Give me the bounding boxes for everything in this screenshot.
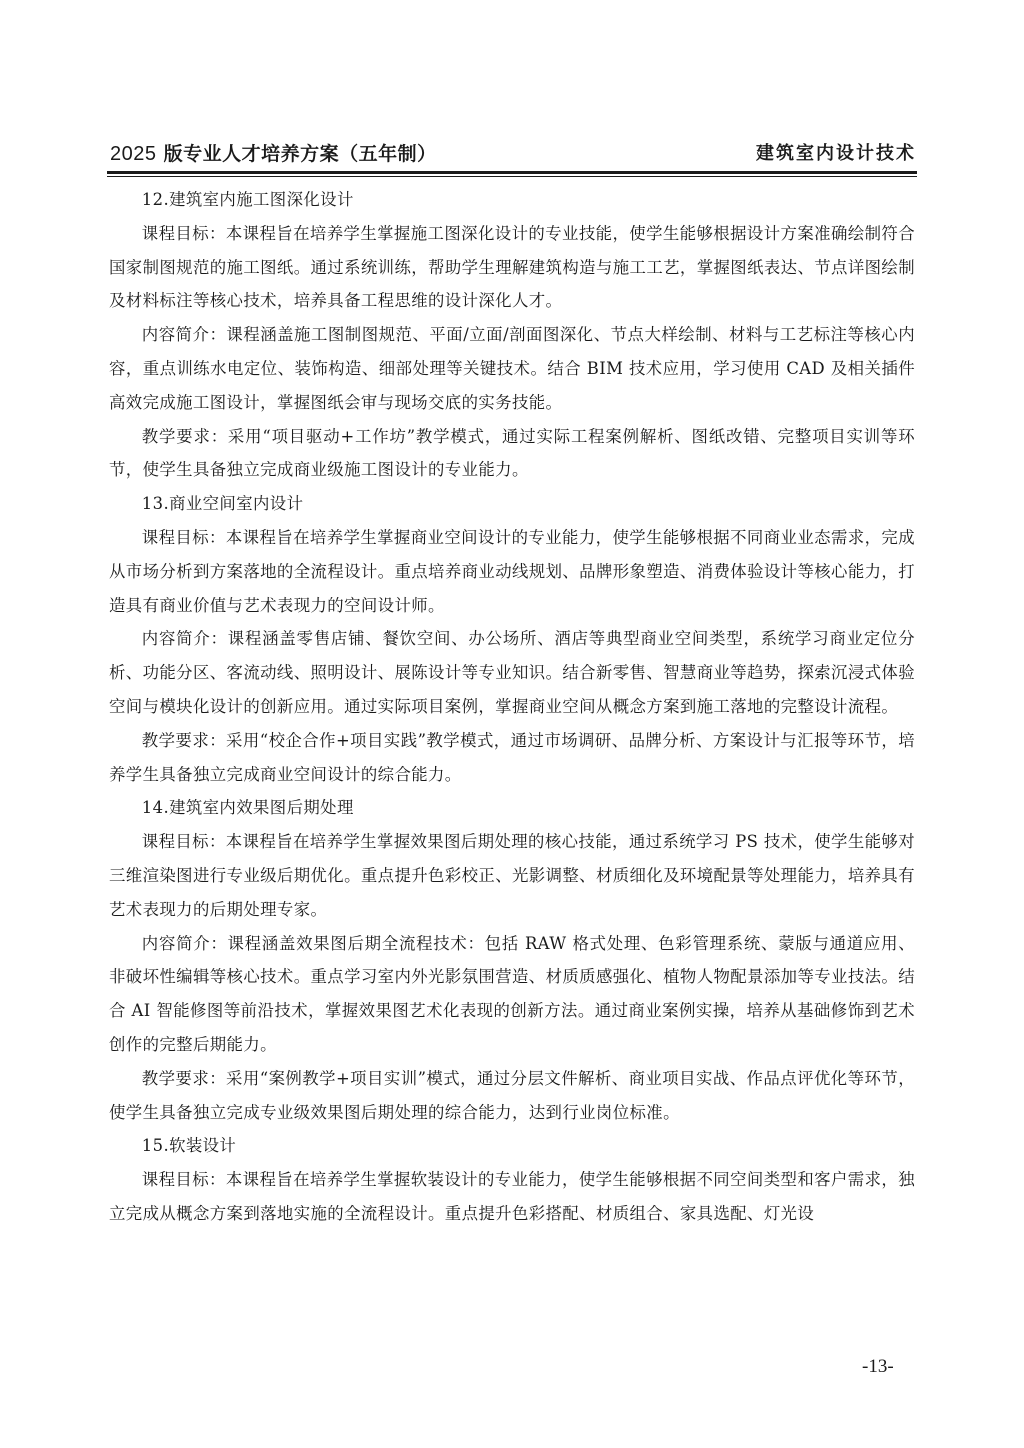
paragraph-content-intro: 内容简介：课程涵盖施工图制图规范、平面/立面/剖面图深化、节点大样绘制、材料与工… bbox=[109, 318, 915, 419]
header-major-name: 建筑室内设计技术 bbox=[756, 140, 916, 168]
section-course-13: 13.商业空间室内设计 课程目标：本课程旨在培养学生掌握商业空间设计的专业能力，… bbox=[109, 487, 915, 791]
header-title-text: 版专业人才培养方案（五年制） bbox=[157, 143, 437, 165]
paragraph-course-goal: 课程目标：本课程旨在培养学生掌握施工图深化设计的专业技能，使学生能够根据设计方案… bbox=[109, 217, 915, 318]
paragraph-content-intro: 内容简介：课程涵盖效果图后期全流程技术：包括 RAW 格式处理、色彩管理系统、蒙… bbox=[109, 927, 915, 1062]
page-body: 12.建筑室内施工图深化设计 课程目标：本课程旨在培养学生掌握施工图深化设计的专… bbox=[109, 183, 915, 1231]
paragraph-teaching-requirement: 教学要求：采用“校企合作+项目实践”教学模式，通过市场调研、品牌分析、方案设计与… bbox=[109, 724, 915, 792]
paragraph-course-goal: 课程目标：本课程旨在培养学生掌握商业空间设计的专业能力，使学生能够根据不同商业业… bbox=[109, 521, 915, 622]
paragraph-content-intro: 内容简介：课程涵盖零售店铺、餐饮空间、办公场所、酒店等典型商业空间类型，系统学习… bbox=[109, 622, 915, 723]
paragraph-teaching-requirement: 教学要求：采用“案例教学+项目实训”模式，通过分层文件解析、商业项目实战、作品点… bbox=[109, 1062, 915, 1130]
header-rule-thick bbox=[107, 171, 917, 174]
section-heading: 12.建筑室内施工图深化设计 bbox=[109, 183, 915, 217]
running-header: 2025 版专业人才培养方案（五年制） 建筑室内设计技术 bbox=[110, 140, 916, 170]
header-rule-thin bbox=[107, 176, 917, 177]
section-course-12: 12.建筑室内施工图深化设计 课程目标：本课程旨在培养学生掌握施工图深化设计的专… bbox=[109, 183, 915, 487]
header-document-title: 2025 版专业人才培养方案（五年制） bbox=[110, 140, 437, 168]
section-heading: 15.软装设计 bbox=[109, 1129, 915, 1163]
section-heading: 13.商业空间室内设计 bbox=[109, 487, 915, 521]
section-course-15: 15.软装设计 课程目标：本课程旨在培养学生掌握软装设计的专业能力，使学生能够根… bbox=[109, 1129, 915, 1230]
section-heading: 14.建筑室内效果图后期处理 bbox=[109, 791, 915, 825]
paragraph-course-goal: 课程目标：本课程旨在培养学生掌握软装设计的专业能力，使学生能够根据不同空间类型和… bbox=[109, 1163, 915, 1231]
paragraph-course-goal: 课程目标：本课程旨在培养学生掌握效果图后期处理的核心技能，通过系统学习 PS 技… bbox=[109, 825, 915, 926]
header-year: 2025 bbox=[110, 143, 157, 165]
page-number: -13- bbox=[862, 1356, 894, 1378]
section-course-14: 14.建筑室内效果图后期处理 课程目标：本课程旨在培养学生掌握效果图后期处理的核… bbox=[109, 791, 915, 1129]
paragraph-teaching-requirement: 教学要求：采用“项目驱动+工作坊”教学模式，通过实际工程案例解析、图纸改错、完整… bbox=[109, 420, 915, 488]
